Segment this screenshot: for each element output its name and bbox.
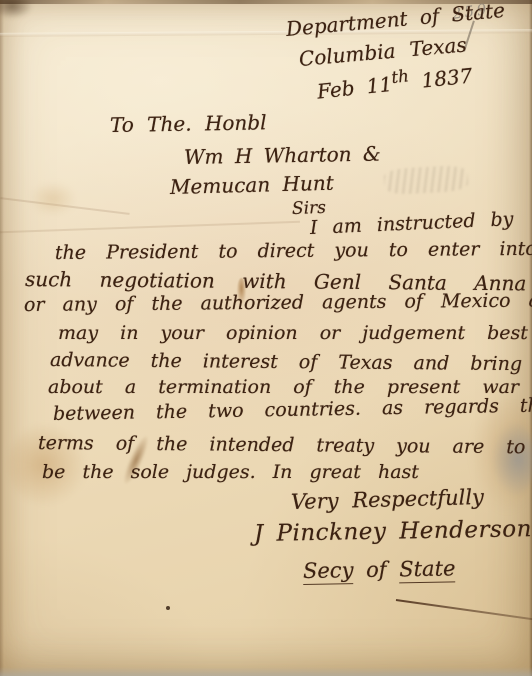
title-secy: Secy [303,558,354,585]
body-line: be the sole judges. In great hast [42,461,419,483]
body-line: advance the interest of Texas and bring [50,349,522,375]
gray-blue-stain-right [492,422,532,496]
recipient-name-wharton: Wm H Wharton & [184,142,381,169]
signature-title: Secy of State [303,556,456,583]
letter-scan: 259 Department of State Columbia Texas F… [0,0,532,676]
faint-stain-left-upper [30,182,76,216]
paper-bottom-edge [0,667,532,676]
ink-speck [166,606,170,610]
valediction: Very Respectfully [291,485,484,514]
date-ordinal: th [390,66,409,87]
recipient-name-hunt: Memucan Hunt [170,171,334,199]
title-of: of [366,558,387,582]
body-line: or any of the authorized agents of Mexic… [24,289,532,316]
paper-left-edge [0,0,4,676]
body-line: terms of the intended treaty you are to [38,432,526,458]
body-line: about a termination of the present war [48,376,519,398]
signature-name: J Pinckney Henderson [254,516,532,547]
body-line: the President to direct you to enter int… [55,238,532,264]
salutation-honorific: To The. Honbl [110,110,267,137]
title-state: State [399,556,456,583]
body-line: may in your opinion or judgement best [58,322,528,344]
